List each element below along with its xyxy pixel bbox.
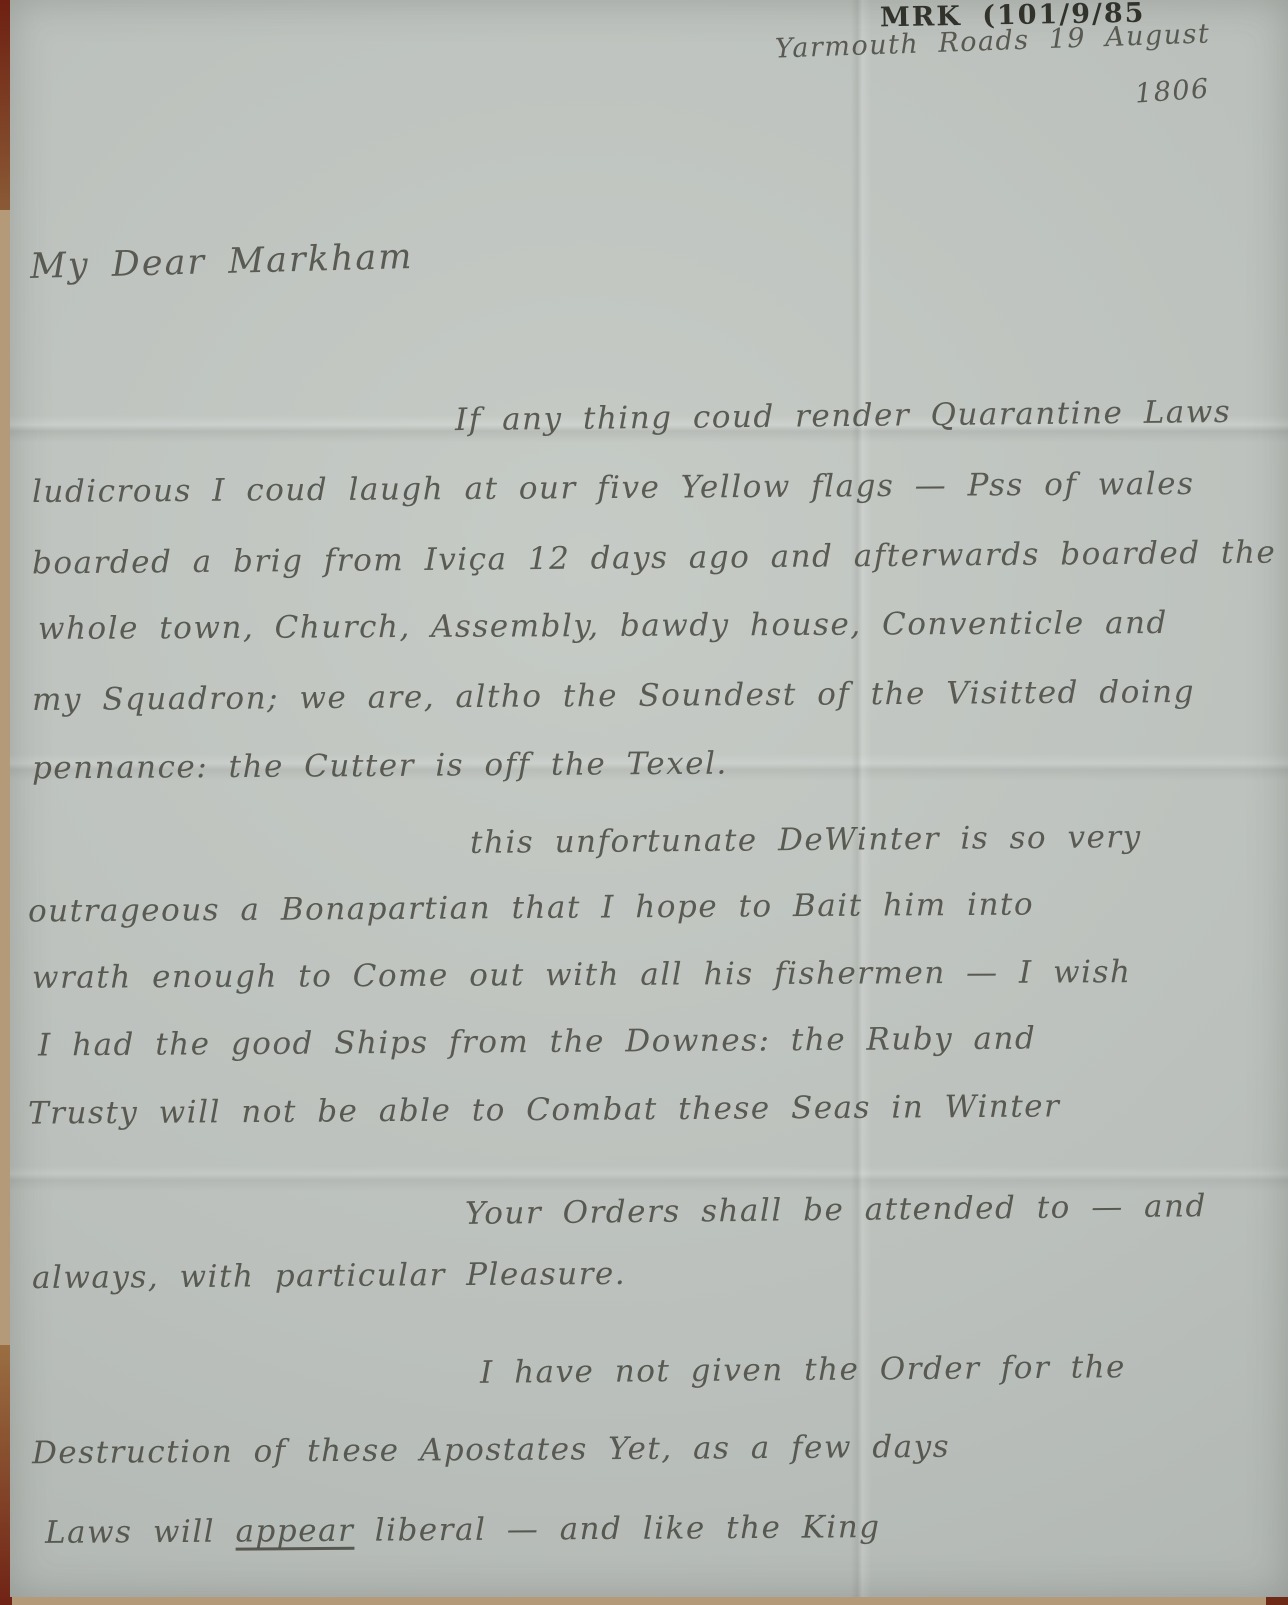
letter-line: pennance: the Cutter is off the Texel.: [32, 746, 728, 787]
letter-line: my Squadron; we are, altho the Soundest …: [32, 674, 1195, 718]
letter-line: I had the good Ships from the Downes: th…: [38, 1021, 1037, 1064]
letter-line: ludicrous I coud laugh at our five Yello…: [32, 466, 1195, 510]
closing-post: liberal — and like the King: [354, 1509, 881, 1549]
letter-line: Trusty will not be able to Combat these …: [28, 1088, 1061, 1131]
letter-line-closing: Laws will appear liberal — and like the …: [45, 1509, 881, 1551]
salutation: My Dear Markham: [30, 237, 414, 287]
dateline-place: Yarmouth Roads 19 August: [775, 18, 1211, 64]
letter-line: always, with particular Pleasure.: [32, 1256, 626, 1296]
letter-line: whole town, Church, Assembly, bawdy hous…: [38, 605, 1168, 647]
letter-line: boarded a brig from Iviça 12 days ago an…: [32, 535, 1277, 582]
letter-line: wrath enough to Come out with all his fi…: [32, 954, 1132, 996]
closing-underlined-word: appear: [235, 1513, 354, 1550]
letter-page: MRK (101/9/85 Yarmouth Roads 19 August 1…: [10, 0, 1288, 1597]
letter-line: this unfortunate DeWinter is so very: [470, 819, 1142, 861]
letter-line: I have not given the Order for the: [480, 1349, 1126, 1391]
letter-line: outrageous a Bonapartian that I hope to …: [28, 886, 1034, 929]
dateline-year: 1806: [1134, 73, 1211, 109]
closing-pre: Laws will: [45, 1514, 236, 1551]
letter-line: Your Orders shall be attended to — and: [465, 1188, 1207, 1232]
letter-line: Destruction of these Apostates Yet, as a…: [32, 1429, 950, 1471]
letter-line: If any thing coud render Quarantine Laws: [455, 394, 1232, 438]
